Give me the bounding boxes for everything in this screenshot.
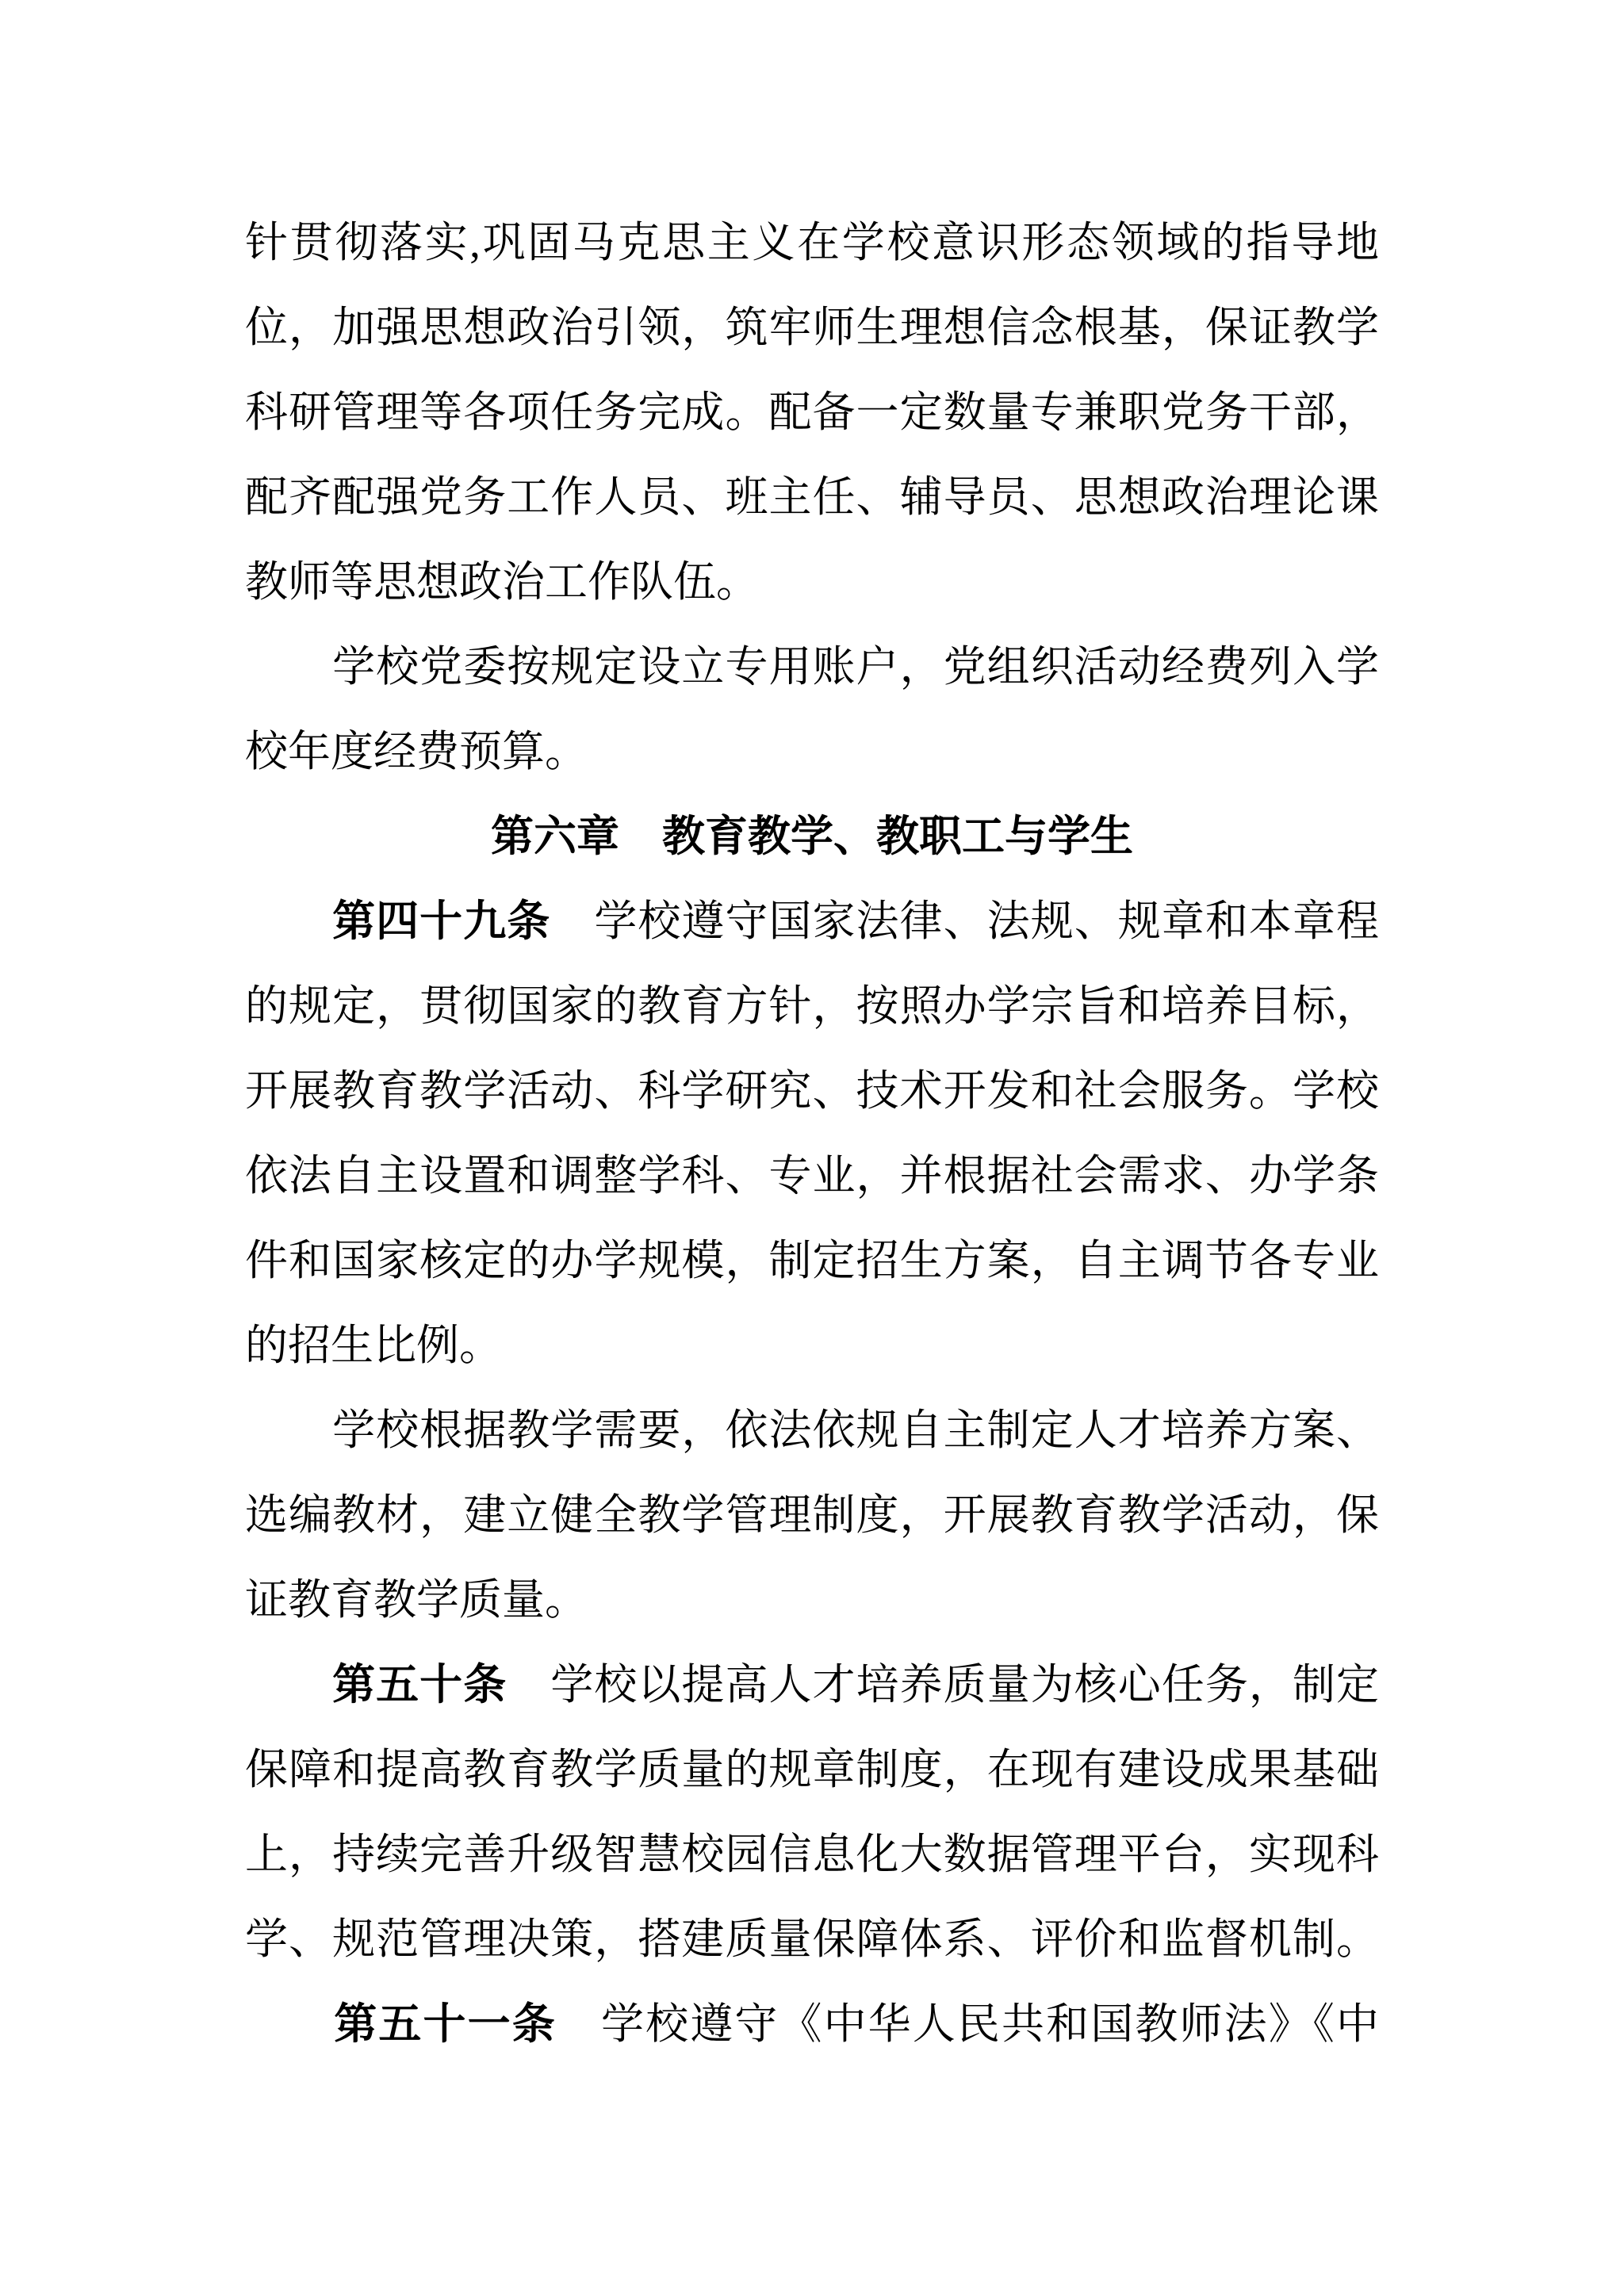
text-line: 上，持续完善升级智慧校园信息化大数据管理平台，实现科 bbox=[245, 1812, 1379, 1897]
article-number: 第五十条 bbox=[245, 1661, 507, 1709]
line-text: 开展教育教学活动、科学研究、技术开发和社会服务。学校 bbox=[245, 1067, 1379, 1115]
line-text: 科研管理等各项任务完成。配备一定数量专兼职党务干部， bbox=[245, 388, 1379, 436]
line-text: 配齐配强党务工作人员、班主任、辅导员、思想政治理论课 bbox=[245, 473, 1379, 521]
line-text: 证教育教学质量。 bbox=[245, 1576, 588, 1624]
text-line: 第五十一条 学校遵守《中华人民共和国教师法》《中 bbox=[245, 1982, 1379, 2067]
text-line: 证教育教学质量。 bbox=[245, 1558, 1379, 1643]
text-line: 配齐配强党务工作人员、班主任、辅导员、思想政治理论课 bbox=[245, 455, 1379, 540]
line-text: 选编教材，建立健全教学管理制度，开展教育教学活动，保 bbox=[245, 1491, 1379, 1539]
text-line: 针贯彻落实,巩固马克思主义在学校意识形态领域的指导地 bbox=[245, 201, 1379, 285]
line-text: 针贯彻落实,巩固马克思主义在学校意识形态领域的指导地 bbox=[245, 219, 1379, 266]
line-text: 位，加强思想政治引领，筑牢师生理想信念根基，保证教学 bbox=[245, 304, 1379, 351]
document-page: 针贯彻落实,巩固马克思主义在学校意识形态领域的指导地 位，加强思想政治引领，筑牢… bbox=[0, 0, 1624, 2296]
article-number: 第五十一条 bbox=[245, 2000, 557, 2048]
text-line: 保障和提高教育教学质量的规章制度，在现有建设成果基础 bbox=[245, 1728, 1379, 1812]
line-text: 学、规范管理决策，搭建质量保障体系、评价和监督机制。 bbox=[245, 1915, 1379, 1963]
text-line: 开展教育教学活动、科学研究、技术开发和社会服务。学校 bbox=[245, 1049, 1379, 1134]
line-text: 教师等思想政治工作队伍。 bbox=[245, 558, 759, 606]
text-line: 位，加强思想政治引领，筑牢师生理想信念根基，保证教学 bbox=[245, 285, 1379, 370]
text-line: 学、规范管理决策，搭建质量保障体系、评价和监督机制。 bbox=[245, 1897, 1379, 1982]
text-line: 第五十条 学校以提高人才培养质量为核心任务，制定 bbox=[245, 1643, 1379, 1728]
line-text: 保障和提高教育教学质量的规章制度，在现有建设成果基础 bbox=[245, 1746, 1379, 1793]
line-text: 件和国家核定的办学规模，制定招生方案，自主调节各专业 bbox=[245, 1237, 1379, 1284]
text-line: 件和国家核定的办学规模，制定招生方案，自主调节各专业 bbox=[245, 1219, 1379, 1303]
line-text: 学校根据教学需要，依法依规自主制定人才培养方案、 bbox=[245, 1406, 1379, 1454]
text-line: 的规定，贯彻国家的教育方针，按照办学宗旨和培养目标， bbox=[245, 964, 1379, 1049]
line-text: 的招生比例。 bbox=[245, 1322, 502, 1369]
line-text: 学校以提高人才培养质量为核心任务，制定 bbox=[507, 1661, 1379, 1709]
chapter-heading: 第六章 教育教学、教职工与学生 bbox=[245, 794, 1379, 879]
text-line: 第四十九条 学校遵守国家法律、法规、规章和本章程 bbox=[245, 879, 1379, 964]
text-line: 校年度经费预算。 bbox=[245, 710, 1379, 794]
text-line: 选编教材，建立健全教学管理制度，开展教育教学活动，保 bbox=[245, 1473, 1379, 1558]
line-text: 上，持续完善升级智慧校园信息化大数据管理平台，实现科 bbox=[245, 1831, 1379, 1878]
text-line: 教师等思想政治工作队伍。 bbox=[245, 540, 1379, 625]
text-line: 科研管理等各项任务完成。配备一定数量专兼职党务干部， bbox=[245, 370, 1379, 455]
article-number: 第四十九条 bbox=[245, 897, 550, 945]
line-text: 学校党委按规定设立专用账户，党组织活动经费列入学 bbox=[245, 643, 1379, 691]
text-line: 学校根据教学需要，依法依规自主制定人才培养方案、 bbox=[245, 1388, 1379, 1473]
line-text: 依法自主设置和调整学科、专业，并根据社会需求、办学条 bbox=[245, 1152, 1379, 1200]
text-line: 的招生比例。 bbox=[245, 1303, 1379, 1388]
text-line: 学校党委按规定设立专用账户，党组织活动经费列入学 bbox=[245, 625, 1379, 710]
line-text: 学校遵守《中华人民共和国教师法》《中 bbox=[557, 2000, 1379, 2048]
chapter-heading-text: 第六章 教育教学、教职工与学生 bbox=[491, 813, 1133, 860]
text-line: 依法自主设置和调整学科、专业，并根据社会需求、办学条 bbox=[245, 1134, 1379, 1219]
line-text: 学校遵守国家法律、法规、规章和本章程 bbox=[550, 897, 1379, 945]
line-text: 校年度经费预算。 bbox=[245, 728, 588, 775]
line-text: 的规定，贯彻国家的教育方针，按照办学宗旨和培养目标， bbox=[245, 982, 1379, 1030]
